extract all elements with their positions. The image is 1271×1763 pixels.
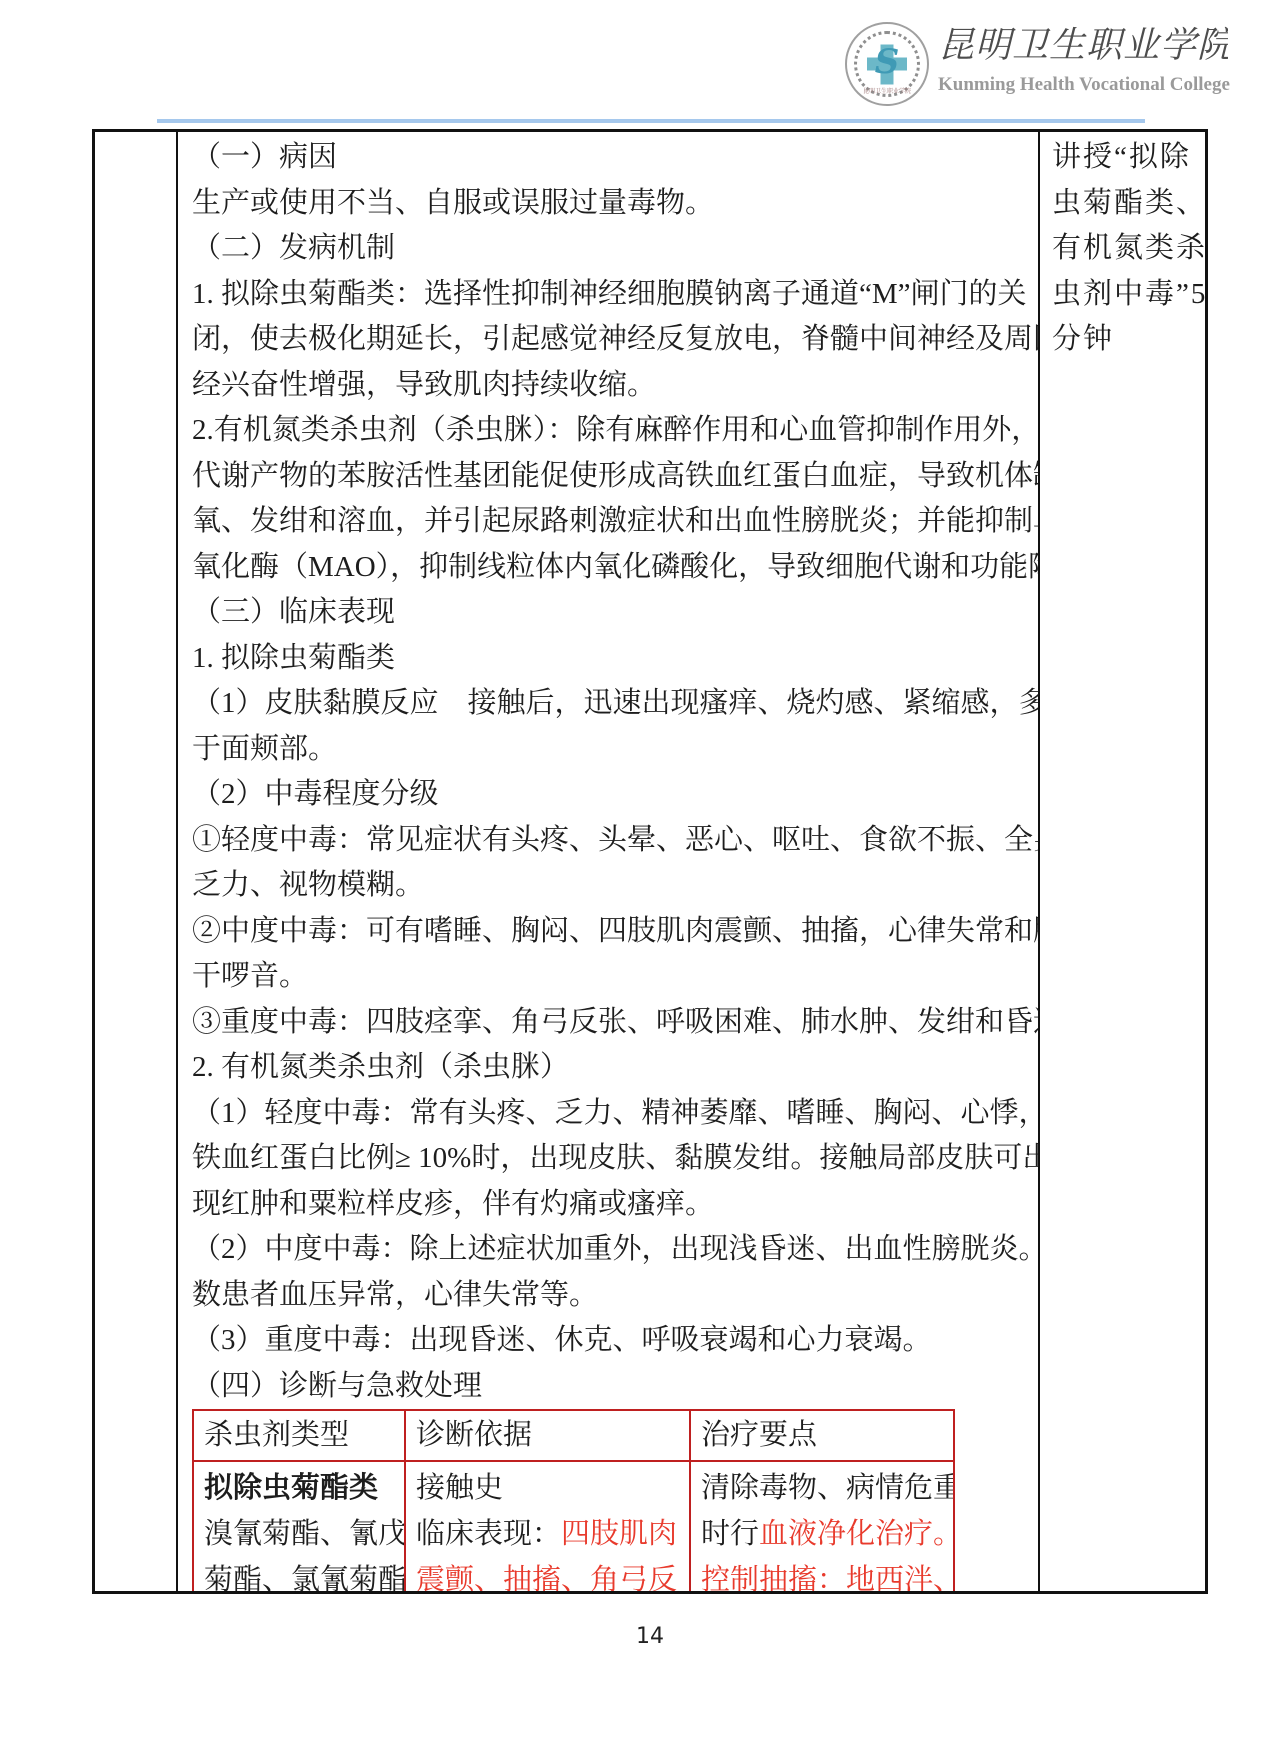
text-line: 2.有机氮类杀虫剂（杀虫脒）：除有麻醉作用和心血管抑制作用外，其 (192, 408, 1032, 454)
table-cell-line: 溴氰菊酯、氰戊 (204, 1511, 400, 1557)
highlighted-text: 四肢肌肉 (561, 1518, 677, 1550)
highlighted-text: 震颤、抽搐、角弓反 (416, 1564, 677, 1591)
diagnosis-treatment-table: 杀虫剂类型诊断依据治疗要点 拟除虫菊酯类溴氰菊酯、氰戊菊酯、氯氰菊酯接触史临床表… (192, 1409, 955, 1591)
text-line: 讲授“拟除 (1052, 135, 1201, 181)
seal-bottom-text: 昆明卫生职业学院 (847, 86, 927, 95)
cell-text: 溴氰菊酯、氰戊 (204, 1518, 405, 1550)
text-line: 乏力、视物模糊。 (192, 863, 1032, 909)
text-line: 分钟 (1052, 317, 1201, 363)
cell-text: 时行 (701, 1518, 759, 1550)
text-line: 生产或使用不当、自服或误服过量毒物。 (192, 181, 1032, 227)
table-cell-line: 时行血液净化治疗。 (701, 1511, 949, 1557)
cell-text: 临床表现： (416, 1518, 561, 1550)
cell-text: 清除毒物、病情危重 (701, 1472, 954, 1504)
text-line: 干啰音。 (192, 954, 1032, 1000)
text-line: （1）皮肤黏膜反应 接触后，迅速出现瘙痒、烧灼感、紧缩感，多见 (192, 681, 1032, 727)
text-line: （3）重度中毒：出现昏迷、休克、呼吸衰竭和心力衰竭。 (192, 1318, 1032, 1364)
text-line: 2. 有机氮类杀虫剂（杀虫脒） (192, 1045, 1032, 1091)
table-cell-line: 清除毒物、病情危重 (701, 1465, 949, 1511)
teaching-note: 讲授“拟除虫菊酯类、有机氮类杀虫剂中毒”5分钟 (1052, 135, 1201, 363)
text-line: 经兴奋性增强，导致肌肉持续收缩。 (192, 363, 1032, 409)
table-header-row: 杀虫剂类型诊断依据治疗要点 (193, 1410, 954, 1461)
text-line: ②中度中毒：可有嗜睡、胸闷、四肢肌肉震颤、抽搐，心律失常和肺部 (192, 909, 1032, 955)
text-line: 数患者血压异常，心律失常等。 (192, 1273, 1032, 1319)
text-line: （二）发病机制 (192, 226, 1032, 272)
text-line: 于面颊部。 (192, 727, 1032, 773)
content-text: （一）病因生产或使用不当、自服或误服过量毒物。（二）发病机制1. 拟除虫菊酯类：… (192, 135, 1032, 1409)
table-cell: 拟除虫菊酯类溴氰菊酯、氰戊菊酯、氯氰菊酯 (193, 1461, 405, 1591)
table-left-column (95, 132, 178, 1591)
text-line: 有机氮类杀 (1052, 226, 1201, 272)
text-line: 氧、发绀和溶血，并引起尿路刺激症状和出血性膀胱炎；并能抑制单胺 (192, 499, 1032, 545)
text-line: ③重度中毒：四肢痉挛、角弓反张、呼吸困难、肺水肿、发绀和昏迷。 (192, 1000, 1032, 1046)
table-header-cell: 诊断依据 (405, 1410, 690, 1461)
table-row: 拟除虫菊酯类溴氰菊酯、氰戊菊酯、氯氰菊酯接触史临床表现：四肢肌肉震颤、抽搐、角弓… (193, 1461, 954, 1591)
cell-text: 接触史 (416, 1472, 503, 1504)
table-cell-line: 拟除虫菊酯类 (204, 1465, 400, 1511)
college-name-english: Kunming Health Vocational College (938, 74, 1238, 96)
highlighted-text: 控制抽搐：地西泮、 (701, 1564, 954, 1591)
table-cell: 清除毒物、病情危重时行血液净化治疗。控制抽搐：地西泮、 (690, 1461, 954, 1591)
highlighted-text: 血液净化治疗。 (759, 1518, 954, 1550)
table-header-cell: 治疗要点 (690, 1410, 954, 1461)
text-line: 氧化酶（MAO），抑制线粒体内氧化磷酸化，导致细胞代谢和功能障碍。 (192, 545, 1032, 591)
text-line: 虫剂中毒”5 (1052, 272, 1201, 318)
text-line: 闭，使去极化期延长，引起感觉神经反复放电，脊髓中间神经及周围神 (192, 317, 1032, 363)
text-line: （1）轻度中毒：常有头疼、乏力、精神萎靡、嗜睡、胸闷、心悸，高 (192, 1091, 1032, 1137)
text-line: 现红肿和粟粒样皮疹，伴有灼痛或瘙痒。 (192, 1182, 1032, 1228)
text-line: 代谢产物的苯胺活性基团能促使形成高铁血红蛋白血症，导致机体缺 (192, 454, 1032, 500)
table-header-cell: 杀虫剂类型 (193, 1410, 405, 1461)
text-line: 1. 拟除虫菊酯类 (192, 636, 1032, 682)
table-cell-line: 控制抽搐：地西泮、 (701, 1557, 949, 1591)
table-cell-line: 临床表现：四肢肌肉 (416, 1511, 685, 1557)
snake-icon: S (875, 42, 900, 82)
college-name-calligraphy: 昆明卫生职业学院 (938, 22, 1228, 68)
text-line: （2）中度中毒：除上述症状加重外，出现浅昏迷、出血性膀胱炎。少 (192, 1227, 1032, 1273)
text-line: 铁血红蛋白比例≥ 10%时，出现皮肤、黏膜发绀。接触局部皮肤可出 (192, 1136, 1032, 1182)
table-cell-line: 菊酯、氯氰菊酯 (204, 1557, 400, 1591)
text-line: 虫菊酯类、 (1052, 181, 1201, 227)
table-content-column: （一）病因生产或使用不当、自服或误服过量毒物。（二）发病机制1. 拟除虫菊酯类：… (178, 132, 1040, 1591)
table-cell: 接触史临床表现：四肢肌肉震颤、抽搐、角弓反 (405, 1461, 690, 1591)
table-cell-line: 接触史 (416, 1465, 685, 1511)
text-line: （一）病因 (192, 135, 1032, 181)
lesson-plan-table: （一）病因生产或使用不当、自服或误服过量毒物。（二）发病机制1. 拟除虫菊酯类：… (92, 129, 1208, 1594)
text-line: 1. 拟除虫菊酯类：选择性抑制神经细胞膜钠离子通道“M”闸门的关 (192, 272, 1032, 318)
text-line: （2）中毒程度分级 (192, 772, 1032, 818)
college-seal-logo: S 昆明卫生职业学院 (845, 22, 929, 106)
text-line: ①轻度中毒：常见症状有头疼、头晕、恶心、呕吐、食欲不振、全身 (192, 818, 1032, 864)
header-divider-line (157, 119, 1145, 123)
table-cell-line: 震颤、抽搐、角弓反 (416, 1557, 685, 1591)
page-number: 14 (0, 1624, 1271, 1649)
table-method-column: 讲授“拟除虫菊酯类、有机氮类杀虫剂中毒”5分钟 (1040, 132, 1205, 1591)
cell-text: 拟除虫菊酯类 (204, 1472, 378, 1504)
text-line: （三）临床表现 (192, 590, 1032, 636)
cell-text: 菊酯、氯氰菊酯 (204, 1564, 405, 1591)
text-line: （四）诊断与急救处理 (192, 1364, 1032, 1410)
